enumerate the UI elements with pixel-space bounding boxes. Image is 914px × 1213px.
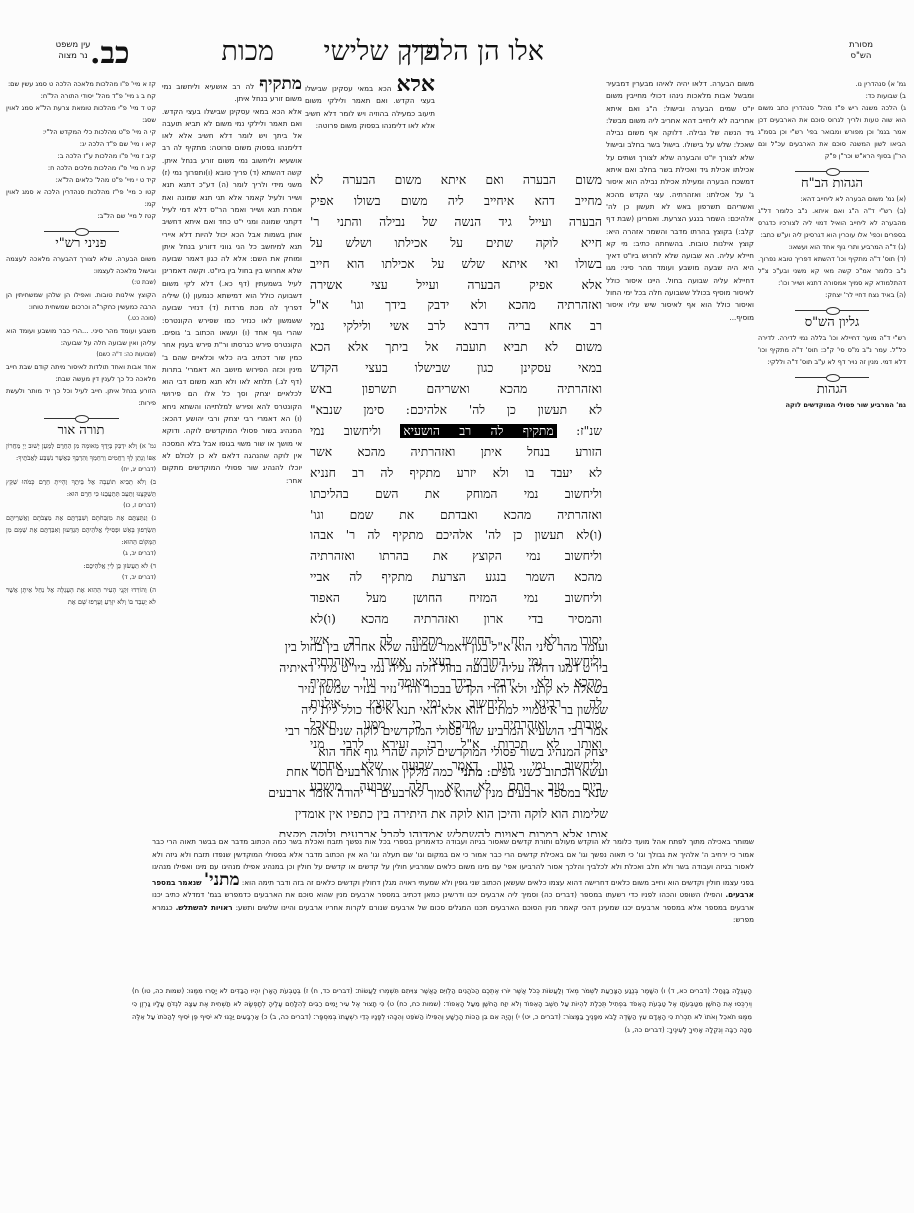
footnote-verse: ו) הִשָּׁמֶר בְּנֶגַע הַצָּרַעַת לִשְׁמֹ… [311,987,666,995]
gemara-wide-text: ועומד מהר סיני הוא א"ל כגון דאמר שבועה ש… [170,637,608,837]
gemara-line: וליחשוב נמי המוחק את השם בהליכתו [310,484,602,505]
hagahot-habach-entry: (ג) ד"ה המרביע ותרי גוף אחד הוא ועשאו: [758,241,906,253]
ein-mishpat-label: עין משפט נר מצוה [38,40,108,62]
gemara-line: שלימות הוא לוקה והיכן הוא לוקה את היתירה… [170,804,608,825]
gemara-line-mishna: ועשאו הכתוב כשני גופים: מתני' כמה מלקין … [170,762,608,783]
gemara-line: הבערה ועייל גיד הנשה של נבילה והתני ר' [310,212,602,233]
tosafot-commentary: מתקיף לה רב אושעיא וליחשוב נמי משום זורע… [162,78,302,618]
ein-mishpat-entry: קי ה מיי' פ"ט מהלכות כלי המקדש הל"י: [6,126,156,138]
gemara-line: בשולו ואי איתא שלש על אכילתו הוא חייב [310,254,602,275]
gemara-line: אמר רבי הושעיא המרביע שור פסולי המוקדשים… [170,721,608,742]
hagahot-title: הגהות [758,384,906,396]
gemara-line: (ו)לא תעשון כן לה' אלהיכם מתקיף לה ר' אב… [310,525,602,546]
tosafot-matkif-lead: מתקיף [259,78,302,94]
torah-or-verse: גמ' א) וְלֹא יִדְבַּק בְּיָדְךָ מְאוּמָה… [6,440,156,464]
pninei-rashi-entry: משום הבערה. שלא לצורך דהבערה מלאכה לעצמה… [6,253,156,277]
pninei-rashi-source: (שבועות כה: ד"ה כשם) [6,349,156,361]
gemara-line: לא יעבד בו ולא יזרע מתקיף לה רב חנניא [310,463,602,484]
bottom-rashi-heading: ראויות להשתלש. [176,903,233,912]
gemara-line: וליחשוב נמי המזיח החושן מעל האפוד [310,588,602,609]
tosafot-lead-word: אלא [396,78,435,97]
gemara-line: ואזהרתיה מהכא ואבדתם את שמם וגו' [310,505,602,526]
masoret-entry: ב) שבועות כד: [758,90,906,102]
hagahot-habach-entry: (ב) רש"י ד"ה ה"ג ואם איתא. נ"ב כלומר דל"… [758,205,906,241]
masoret-label-line2: הש"ס [826,51,896,62]
masoret-hashas-label: מסורת הש"ס [826,40,896,62]
gemara-line: ביו"ט דמגו דחלה עליה שבועה בחול חלה עליה… [170,658,608,679]
torah-or-verse: ד) לֹא תַעֲשׂוּן כֵּן לַייָ אֱלֹהֵיכֶם: [6,560,156,572]
torah-or-source: (דברים יב, ד) [6,572,156,584]
ornament-divider [758,374,906,380]
ornament-divider [758,168,906,174]
bottom-rashi-text: והפילו השופט והכהו לפניו כדי רשעתו במספר… [152,890,754,912]
gemara-line: חייא לוקה שתים על אכילתו ושלש על [310,233,602,254]
gilyon-hashas-text: רש"י ד"ה מוער דחיילא וכו' בללה נמי לדירה… [758,332,906,368]
footnote-verse: הָעֶגְלָה בַּנָּחַל: (דברים כא, ד) [668,987,752,995]
ein-mishpat-entry: קח ב ג מיי' פ"ד מהל' יסודי התורה הל"ח: [6,90,156,102]
gemara-line: וליחשוב נמי הקוצץ את בהרתו ואזהרתיה [310,546,602,567]
highlighted-phrase[interactable]: מתקיף לה רב הושעיא [400,424,556,438]
tosafot-matkif: מתקיף לה רב אושעיא וליחשוב נמי משום זורע… [162,78,302,106]
gemara-line: הזורע בנחל איתן ואזהרתיה מהכא אשר [310,442,602,463]
pninei-rashi-entry: הקוצץ אילנות טובות. ואפילו הן שלהן שמשחי… [6,289,156,313]
gemara-line: אלא אפיק הבערה ועייל עצי אשירה [310,275,602,296]
ein-mishpat-line2: נר מצוה [38,51,108,62]
mishna-label: מתני' [457,764,483,779]
pninei-rashi-source: (שבת ט:) [6,277,156,289]
perek-label: פרק שלישי [324,36,439,67]
gemara-line: ועומד מהר סיני הוא א"ל כגון דאמר שבועה ש… [170,637,608,658]
torah-or-footnotes: הָעֶגְלָה בַּנָּחַל: (דברים כא, ד) ו) הִ… [132,985,752,1045]
masoret-label-line1: מסורת [826,40,896,51]
hagahot-habach-entry: (א) גמ' משום הבערה לא ליחייב דהא: [758,193,906,205]
gemara-line: במאי עסקינן כגון שבישלו בעצי הקדש [310,358,602,379]
gemara-line: שנא' במספר ארבעים מנין שהוא סמוך לארבעים… [170,783,608,804]
gemara-line: משום לא תביא תועבה אל ביתך אלא הכא [310,337,602,358]
masoret-entry: גמ' א) סנהדרין נו. [758,78,906,90]
ein-mishpat-entry: קז א מיי' פ"ו מהלכות מלאכה הלכה ט סמג עש… [6,78,156,90]
rashi-commentary: משום הבערה. דלאו יהיה לאיהו מבערין דמבעי… [606,78,754,822]
left-margin-column: קז א מיי' פ"ו מהלכות מלאכה הלכה ט סמג עש… [6,78,156,1018]
torah-or-source: (דברים יב, ג) [6,548,156,560]
pninei-rashi-entry: הזורע בנחל איתן. חייב לעיל וכל כך יד מות… [6,385,156,409]
gemara-line: משום הבערה ואם איתא משום הבערה לא [310,170,602,191]
right-margin-column: גמ' א) סנהדרין נו. ב) שבועות כד: ג) הלכה… [758,78,906,948]
bottom-rashi-commentary: שמותר באכילה מתוך לפתח אהל מועד כלומר לא… [152,836,754,936]
gemara-line: מחייב דהא איחייב ליה משום בשולו אפיק [310,191,602,212]
gemara-fragment: שנ"ז: [576,424,602,438]
pninei-rashi-source: (סוכה כט.) [6,313,156,325]
rashi-text: משום הבערה. דלאו יהיה לאיהו מבערין דמבעי… [606,78,754,324]
pninei-rashi-entry: משבע ועומד מהר סיני. ...הרי כבר מושבע וע… [6,325,156,349]
gemara-line: יצחק המנהיג בשור פסולי המוקדשים לוקה שהר… [170,742,608,763]
gemara-line: רב אחא בריה דרבא לרב אשי ולילקי נמי [310,316,602,337]
torah-or-source: (דברים ז, כו) [6,500,156,512]
hagahot-text: גמ' המרביע שור פסולי המוקדשים לוקה [758,399,906,411]
ein-mishpat-entry: קיד ט י מיי' פ"ט מהל' כלאים הל"א: [6,174,156,186]
gemara-fragment: ועשאו הכתוב כשני גופים: [487,765,608,779]
ein-mishpat-entry: קיב ז מיי' פ"ו מהלכות ע"ז הלכה ב: [6,150,156,162]
gemara-fragment: וליחשוב נמי [310,424,381,438]
gemara-line: ואזהרתיה מהכא ולא ידבק בידך וגו' א"ל [310,295,602,316]
pninei-rashi-title: פניני רש"י [6,238,156,250]
torah-or-source: (דברים יג, יח) [6,464,156,476]
pninei-rashi-entry: אחד אבות ואחד תולדות לאיסור מיתה קודם שב… [6,361,156,385]
torah-or-verse: ג) וְנִתַּצְתֶּם אֶת מִזְבְּחֹתָם וְשִׁב… [6,512,156,548]
tosafot-text: אלא הכא במאי עסקינן שבישלו בעצי הקדש. וא… [162,106,302,487]
ein-mishpat-entry: קיא ו מיי' שם פ"ד הלכה יג: [6,138,156,150]
gemara-line-highlight: שנ"ז: מתקיף לה רב הושעיא וליחשוב נמי [310,421,602,442]
tractate-name: מכות [221,36,274,67]
torah-or-verse: ב) וְלֹא תָבִיא תוֹעֵבָה אֶל בֵּיתֶךָ וְ… [6,476,156,500]
ein-mishpat-line1: עין משפט [38,40,108,51]
page-header: מסורת הש"ס אלו הן הלוקין פרק שלישי מכות … [0,38,914,70]
gemara-line: שמשון בר איטמויי למתים הוא אלא האי תנא א… [170,700,608,721]
ein-mishpat-entry: קיג ח מיי' פ"ו מהלכות מלכים הלכה ח: [6,162,156,174]
mishna-label: מתני' [204,870,240,890]
ornament-divider [758,307,906,313]
ornament-divider [6,228,156,234]
masoret-entry: ג) הלכה משנה ריש פ"ז מהל' סנהדרין כתב מש… [758,102,906,162]
gemara-line: בשאלה לא קתני ולא והרי הקדש בבכור והרי נ… [170,679,608,700]
gemara-line: מהכא השמר בנגע הצרעת מתקיף לה אביי [310,567,602,588]
hagahot-habach-entry: (ד) תוס' ד"ה מתקיף וכו' דהשתא דפריך טובא… [758,253,906,289]
footnote-verse: י) וְהָיָה אִם בִּן הַכּוֹת הָרָשָׁע וְה… [270,1013,520,1021]
ein-mishpat-entry: קט ד מיי' פ"י מהלכות טומאת צרעת הל"א סמג… [6,102,156,126]
gemara-fragment: כמה מלקין אותו ארבעים חסר אחת [286,765,453,779]
tosafot-lead-block: אלא הכא במאי עסקינן שבישלו בעצי הקדש. וא… [305,78,435,138]
gemara-line: לא תעשון כן לה' אלהיכם: סימן שנבא" [310,400,602,421]
bottom-rashi-block: שמותר באכילה מתוך לפתח אהל מועד כלומר לא… [152,836,754,927]
ornament-divider [6,415,156,421]
ein-mishpat-entry: קטו כ מיי' פי"ז מהלכות סנהדרין הלכה א סמ… [6,186,156,210]
bottom-rashi-text: שמותר באכילה מתוך לפתח אהל מועד כלומר לא… [152,837,754,887]
hagahot-habach-title: הגהות הב"ח [758,178,906,190]
torah-or-title: תורה אור [6,425,156,437]
footnote-verse: ז) בְּטַבְּעֹת הָאָרֹן יִהְיוּ הַבַּדִּי… [142,987,309,995]
gilyon-hashas-title: גליון הש"ס [758,317,906,329]
gemara-line: ואזהרתיה מהכא ואשריהם תשרפון באש [310,379,602,400]
hagahot-habach-entry: (ה) באיד נצח דחיי לר' יצחק: [758,289,906,301]
talmud-page: מסורת הש"ס אלו הן הלוקין פרק שלישי מכות … [0,0,914,1213]
torah-or-verse: ה) וְהוֹרִדוּ זִקְנֵי הָעִיר הַהִוא אֶת … [6,584,156,608]
ein-mishpat-entry: קטז ל מיי' שם הל"ב: [6,210,156,222]
gemara-line: והמסיר בדי ארון ואזהרתיה מהכא (ו)לא [310,609,602,630]
